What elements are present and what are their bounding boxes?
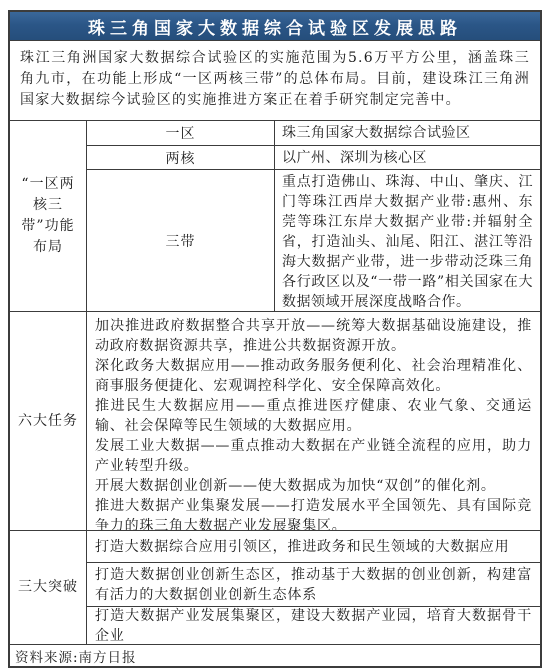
one-zone-desc: 珠三角国家大数据综合试验区: [275, 121, 540, 145]
table-row-three-belts: 三带 重点打造佛山、珠海、中山、肇庆、江门等珠江西岸大数据产业带:惠州、东莞等珠…: [87, 169, 540, 311]
task-item: 推进大数据产业集聚发展——打造发展水平全国领先、具有国际竞争力的珠三角大数据产业…: [95, 496, 532, 530]
six-tasks-label: 六大任务: [10, 312, 87, 530]
task-item: 深化政务大数据应用——推动政务服务便利化、社会治理精准化、商事服务便捷化、宏观调…: [95, 356, 532, 396]
three-belts-key: 三带: [87, 170, 275, 311]
task-item: 推进民生大数据应用——重点推进医疗健康、农业气象、交通运输、社会保障等民生领域的…: [95, 396, 532, 436]
breakthrough-item: 打造大数据综合应用引领区，推进政务和民生领域的大数据应用: [87, 531, 540, 562]
section-functional-layout: “一区两核三带”功能布局 一区 珠三角国家大数据综合试验区 两核 以广州、深圳为…: [10, 120, 540, 311]
breakthrough-item: 打造大数据创业创新生态区，推动基于大数据的创业创新，构建富有活力的大数据创业创新…: [87, 562, 540, 606]
two-cores-key: 两核: [87, 146, 275, 169]
functional-layout-rows: 一区 珠三角国家大数据综合试验区 两核 以广州、深圳为核心区 三带 重点打造佛山…: [87, 121, 540, 311]
three-belts-desc: 重点打造佛山、珠海、中山、肇庆、江门等珠江西岸大数据产业带:惠州、东莞等珠江东岸…: [275, 170, 540, 311]
three-breakthroughs-label: 三大突破: [10, 531, 87, 644]
task-item: 发展工业大数据——重点推动大数据在产业链全流程的应用，助力产业转型升级。: [95, 436, 532, 476]
table-row-one-zone: 一区 珠三角国家大数据综合试验区: [87, 121, 540, 145]
intro-paragraph: 珠江三角洲国家大数据综合试验区的实施范围为5.6万平方公里，涵盖珠三角九市，在功…: [10, 40, 540, 120]
task-item: 加决推进政府数据整合共享开放——统筹大数据基础设施建设，推动政府数据资源共享，推…: [95, 316, 532, 356]
breakthrough-item: 打造大数据产业发展集聚区，建设大数据产业园，培育大数据骨干企业: [87, 606, 540, 644]
section-three-breakthroughs: 三大突破 打造大数据综合应用引领区，推进政务和民生领域的大数据应用 打造大数据创…: [10, 530, 540, 644]
table-row-two-cores: 两核 以广州、深圳为核心区: [87, 145, 540, 169]
page-canvas: 珠三角国家大数据综合试验区发展思路 珠江三角洲国家大数据综合试验区的实施范围为5…: [0, 0, 550, 672]
document-table: 珠三角国家大数据综合试验区发展思路 珠江三角洲国家大数据综合试验区的实施范围为5…: [8, 10, 542, 668]
title-bar: 珠三角国家大数据综合试验区发展思路: [10, 12, 540, 40]
six-tasks-content: 加决推进政府数据整合共享开放——统筹大数据基础设施建设，推动政府数据资源共享，推…: [87, 312, 540, 530]
section-six-tasks: 六大任务 加决推进政府数据整合共享开放——统筹大数据基础设施建设，推动政府数据资…: [10, 311, 540, 530]
document-title: 珠三角国家大数据综合试验区发展思路: [88, 14, 462, 39]
one-zone-key: 一区: [87, 121, 275, 145]
two-cores-desc: 以广州、深圳为核心区: [275, 146, 540, 169]
three-breakthroughs-rows: 打造大数据综合应用引领区，推进政务和民生领域的大数据应用 打造大数据创业创新生态…: [87, 531, 540, 644]
task-item: 开展大数据创业创新——使大数据成为加快“双创”的催化剂。: [95, 476, 532, 496]
source-footer: 资料来源:南方日报: [10, 644, 540, 666]
functional-layout-label: “一区两核三带”功能布局: [10, 121, 87, 311]
